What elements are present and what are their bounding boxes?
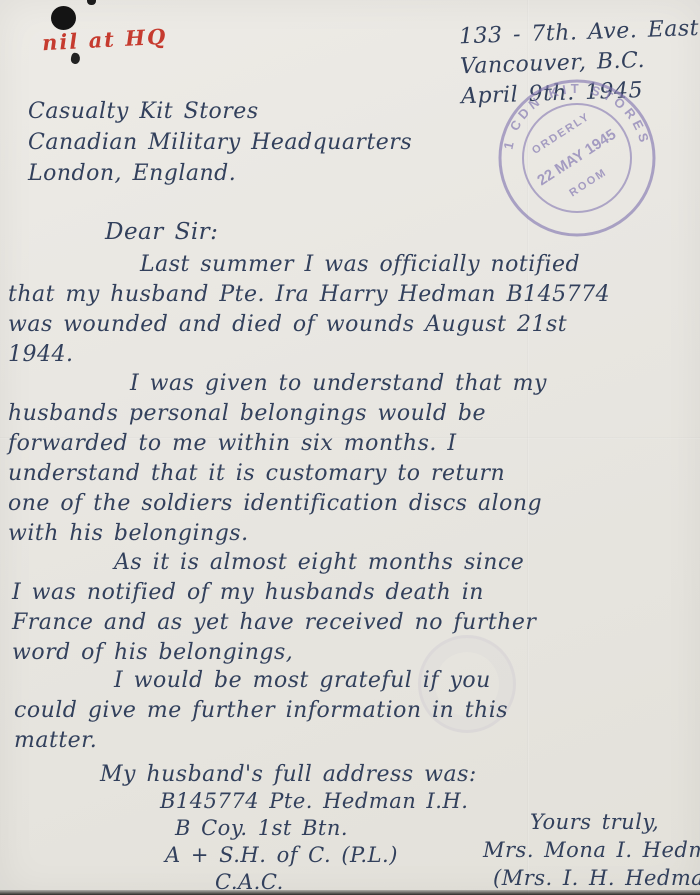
closing-line: Yours truly, xyxy=(530,808,700,836)
body-line: one of the soldiers identification discs… xyxy=(8,489,547,519)
orderly-room-date-stamp: 1 CDN KIT STORES ORDERLY 22 MAY 1945 ROO… xyxy=(495,76,659,240)
paragraph-2: I was given to understand that my husban… xyxy=(8,369,547,549)
letter-page: nil at HQ 133 - 7th. Ave. East. Vancouve… xyxy=(0,0,700,895)
recipient-address-line: Canadian Military Headquarters xyxy=(28,127,412,158)
hole-punch-mark xyxy=(51,6,76,30)
closing-signature-block: Yours truly, Mrs. Mona I. Hedman (Mrs. I… xyxy=(483,808,700,892)
body-line: understand that it is customary to retur… xyxy=(8,459,547,489)
body-line: could give me further information in thi… xyxy=(14,696,508,726)
body-line: with his belongings. xyxy=(8,519,547,549)
recipient-address-line: London, England. xyxy=(28,158,412,189)
body-line: I was given to understand that my xyxy=(130,369,547,399)
body-line: I was notified of my husbands death in xyxy=(12,578,536,608)
body-line: forwarded to me within six months. I xyxy=(8,429,547,459)
salutation: Dear Sir: xyxy=(105,219,218,245)
recipient-address-line: Casualty Kit Stores xyxy=(28,96,412,127)
husband-address-line: A + S.H. of C. (P.L.) xyxy=(165,842,468,869)
ink-speck-small xyxy=(70,52,81,65)
stamp-room-text: ROOM xyxy=(567,166,609,199)
husband-address-line: B Coy. 1st Btn. xyxy=(175,815,468,842)
body-line: husbands personal belongings would be xyxy=(8,399,547,429)
paragraph-1: Last summer I was officially notified th… xyxy=(8,250,610,370)
address-intro-line: My husband's full address was: xyxy=(100,762,477,787)
body-line: matter. xyxy=(14,726,508,756)
ink-speck-top xyxy=(87,0,96,5)
signature-alt-line: (Mrs. I. H. Hedman) xyxy=(493,864,700,892)
body-line: 1944. xyxy=(8,340,610,370)
paragraph-4: I would be most grateful if you could gi… xyxy=(14,666,508,756)
scan-bottom-edge xyxy=(0,890,700,895)
recipient-address-block: Casualty Kit Stores Canadian Military He… xyxy=(28,96,412,189)
red-annotation: nil at HQ xyxy=(41,24,167,56)
body-line: Last summer I was officially notified xyxy=(140,250,610,280)
husband-address-block: B145774 Pte. Hedman I.H. B Coy. 1st Btn.… xyxy=(160,788,468,895)
body-line: I would be most grateful if you xyxy=(114,666,508,696)
signature-line: Mrs. Mona I. Hedman xyxy=(483,836,700,864)
body-line: As it is almost eight months since xyxy=(114,548,536,578)
body-line: France and as yet have received no furth… xyxy=(12,608,536,638)
body-line: that my husband Pte. Ira Harry Hedman B1… xyxy=(8,280,610,310)
body-line: was wounded and died of wounds August 21… xyxy=(8,310,610,340)
husband-address-line: B145774 Pte. Hedman I.H. xyxy=(160,788,468,815)
